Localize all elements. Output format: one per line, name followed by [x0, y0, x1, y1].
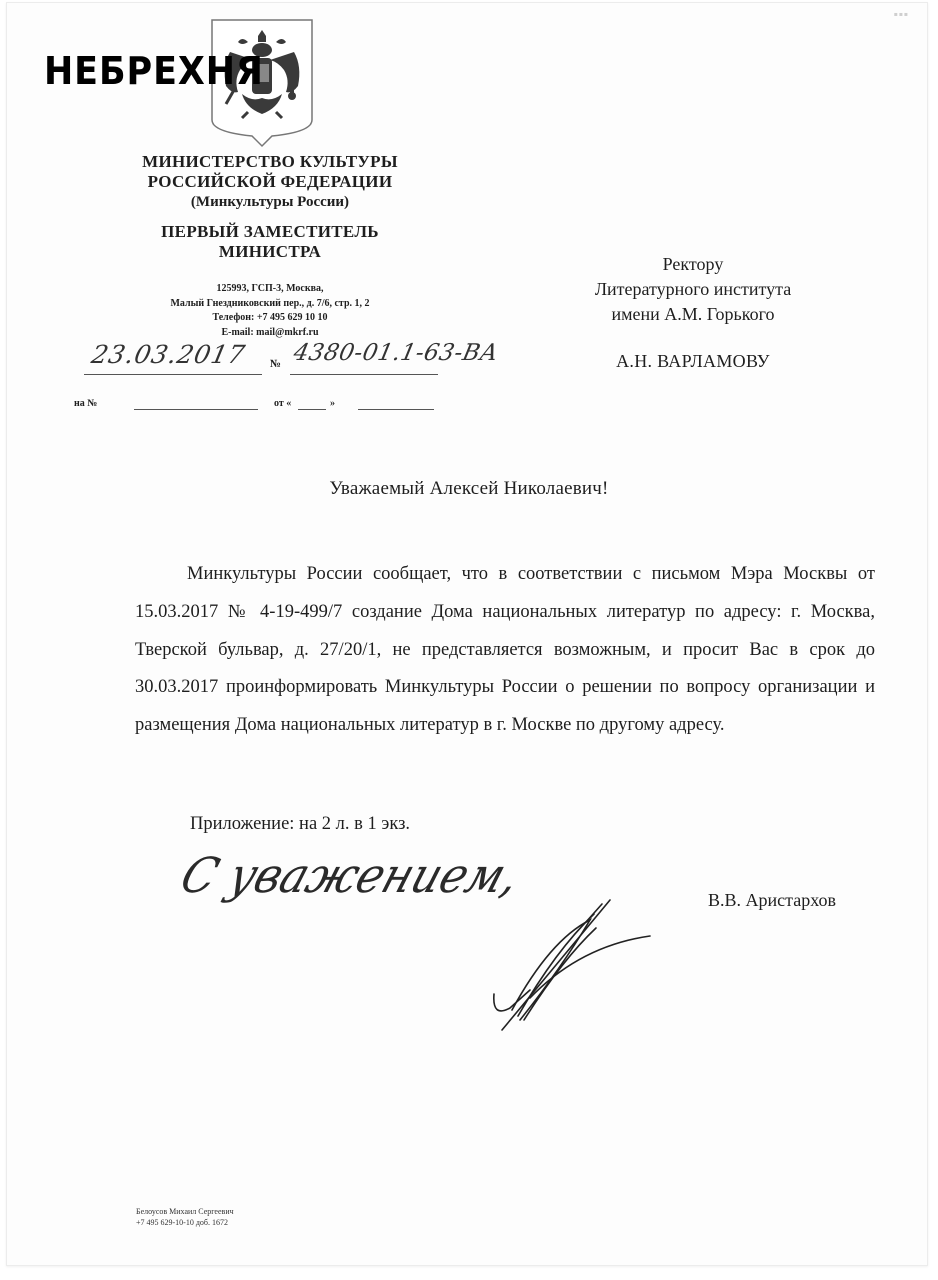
- position-line1: ПЕРВЫЙ ЗАМЕСТИТЕЛЬ: [100, 222, 440, 242]
- watermark-logo: НЕБРЕХНЯ: [44, 52, 264, 90]
- ref-day-blank: [298, 409, 326, 410]
- registration-number: 4380-01.1-63-ВА: [291, 340, 501, 366]
- ref-quote-close: »: [330, 398, 335, 409]
- executor-phone: +7 495 629-10-10 доб. 1672: [136, 1217, 234, 1228]
- closing-handwritten: С уважением,: [174, 848, 527, 904]
- attachment-note: Приложение: на 2 л. в 1 экз.: [190, 814, 410, 835]
- registration-line: 23.03.2017 № 4380-01.1-63-ВА: [84, 340, 504, 380]
- corner-mark: ▪▪▪: [894, 11, 909, 18]
- salutation: Уважаемый Алексей Николаевич!: [0, 478, 938, 500]
- ministry-header: МИНИСТЕРСТВО КУЛЬТУРЫ РОССИЙСКОЙ ФЕДЕРАЦ…: [100, 152, 440, 262]
- date-underline: [84, 374, 262, 375]
- recipient-block: Ректору Литературного института имени А.…: [548, 252, 838, 374]
- ministry-address: 125993, ГСП-3, Москва, Малый Гнездниковс…: [100, 282, 440, 340]
- address-line: Малый Гнездниковский пер., д. 7/6, стр. …: [100, 297, 440, 312]
- ref-number-label: на №: [74, 398, 97, 409]
- executor-block: Белоусов Михаил Сергеевич +7 495 629-10-…: [136, 1206, 234, 1228]
- ministry-name-line1: МИНИСТЕРСТВО КУЛЬТУРЫ: [100, 152, 440, 172]
- ministry-short-name: (Минкультуры России): [100, 192, 440, 212]
- letter-body: Минкультуры России сообщает, что в соотв…: [135, 556, 875, 745]
- ministry-name-line2: РОССИЙСКОЙ ФЕДЕРАЦИИ: [100, 172, 440, 192]
- recipient-name: А.Н. ВАРЛАМОВУ: [548, 349, 838, 374]
- recipient-line: Ректору: [548, 252, 838, 277]
- position-line2: МИНИСТРА: [100, 242, 440, 262]
- recipient-line: Литературного института: [548, 277, 838, 302]
- email-line: E-mail: mail@mkrf.ru: [100, 326, 440, 341]
- ref-from-label: от «: [274, 398, 291, 409]
- ref-number-blank: [134, 409, 258, 410]
- executor-name: Белоусов Михаил Сергеевич: [136, 1206, 234, 1217]
- signatory-name: В.В. Аристархов: [708, 890, 836, 911]
- signature-icon: [490, 870, 660, 1040]
- number-sign: №: [270, 358, 281, 370]
- address-line: 125993, ГСП-3, Москва,: [100, 282, 440, 297]
- phone-line: Телефон: +7 495 629 10 10: [100, 311, 440, 326]
- registration-date: 23.03.2017: [89, 340, 248, 369]
- number-underline: [290, 374, 438, 375]
- ref-date-blank: [358, 409, 434, 410]
- reference-line: на № от « »: [74, 398, 444, 414]
- recipient-line: имени А.М. Горького: [548, 302, 838, 327]
